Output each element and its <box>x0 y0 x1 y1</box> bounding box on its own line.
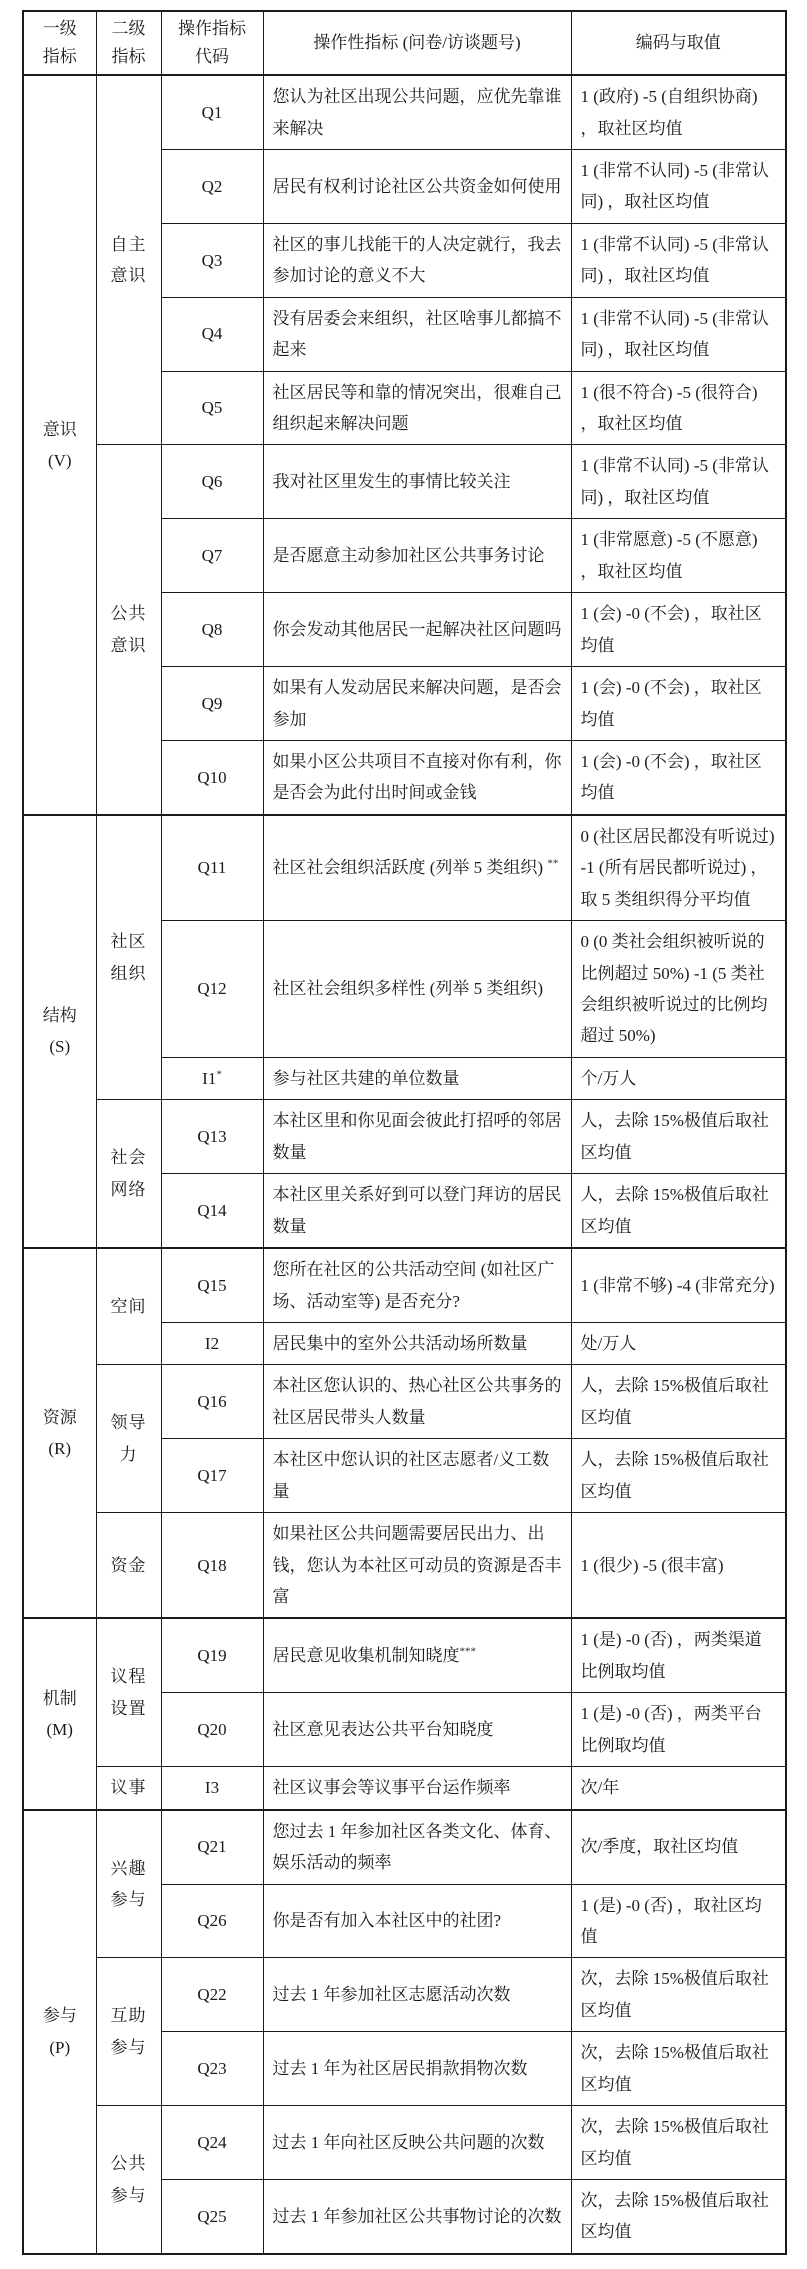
code-cell: Q20 <box>161 1693 263 1767</box>
question-text: 本社区您认识的、热心社区公共事务的社区居民带头人数量 <box>273 1376 562 1426</box>
question-cell: 本社区您认识的、热心社区公共事务的社区居民带头人数量 <box>263 1365 571 1439</box>
code-label: Q10 <box>197 768 226 787</box>
code-cell: Q9 <box>161 667 263 741</box>
coding-text: 1 (会) -0 (不会) ，取社区均值 <box>581 752 762 802</box>
level2-label: 资金 <box>111 1556 147 1575</box>
level1-title: 参与 <box>33 2000 87 2031</box>
coding-cell: 1 (是) -0 (否) ，两类渠道比例取均值 <box>571 1618 786 1692</box>
coding-cell: 1 (很少) -5 (很丰富) <box>571 1513 786 1619</box>
table-row: 资源(R)空间Q15您所在社区的公共活动空间 (如社区广场、活动室等) 是否充分… <box>23 1248 786 1322</box>
code-cell: Q12 <box>161 921 263 1058</box>
coding-text: 1 (会) -0 (不会) ，取社区均值 <box>581 678 762 728</box>
level1-cell: 机制(M) <box>23 1618 96 1809</box>
coding-cell: 1 (是) -0 (否) ，取社区均值 <box>571 1884 786 1958</box>
question-cell: 你是否有加入本社区中的社团? <box>263 1884 571 1958</box>
coding-text: 1 (很不符合) -5 (很符合) ，取社区均值 <box>581 383 758 433</box>
question-cell: 参与社区共建的单位数量 <box>263 1057 571 1099</box>
column-header-level1: 一级 指标 <box>23 11 96 75</box>
question-cell: 过去 1 年参加社区志愿活动次数 <box>263 1958 571 2032</box>
question-cell: 您认为社区出现公共问题，应优先靠谁来解决 <box>263 75 571 149</box>
level2-cell: 空间 <box>96 1248 161 1365</box>
code-label: Q5 <box>202 398 223 417</box>
question-cell: 如果社区公共问题需要居民出力、出钱，您认为本社区可动员的资源是否丰富 <box>263 1513 571 1619</box>
question-text: 社区社会组织多样性 (列举 5 类组织) <box>273 979 544 998</box>
coding-text: 0 (社区居民都没有听说过) -1 (所有居民都听说过) ，取 5 类组织得分平… <box>581 827 775 909</box>
code-label: Q3 <box>202 251 223 270</box>
question-text: 如果小区公共项目不直接对你有利，你是否会为此付出时间或金钱 <box>273 752 562 802</box>
code-cell: Q26 <box>161 1884 263 1958</box>
level2-cell: 公共意识 <box>96 445 161 815</box>
question-text: 您认为社区出现公共问题，应优先靠谁来解决 <box>273 87 562 137</box>
coding-text: 次，去除 15%极值后取社区均值 <box>581 1969 769 2019</box>
coding-text: 次/季度，取社区均值 <box>581 1837 739 1856</box>
coding-text: 1 (是) -0 (否) ，两类渠道比例取均值 <box>581 1630 762 1680</box>
table-row: 社会网络Q13本社区里和你见面会彼此打招呼的邻居数量人，去除 15%极值后取社区… <box>23 1100 786 1174</box>
coding-text: 1 (会) -0 (不会) ，取社区均值 <box>581 604 762 654</box>
document-page: 一级 指标 二级 指标 操作指标 代码 操作性指标 (问卷/访谈题号) 编码与取… <box>0 0 807 2269</box>
code-label: Q2 <box>202 177 223 196</box>
table-row: 公共参与Q24过去 1 年向社区反映公共问题的次数次，去除 15%极值后取社区均… <box>23 2106 786 2180</box>
coding-cell: 1 (很不符合) -5 (很符合) ，取社区均值 <box>571 371 786 445</box>
code-cell: Q7 <box>161 519 263 593</box>
question-text: 你是否有加入本社区中的社团? <box>273 1911 502 1930</box>
column-header-coding: 编码与取值 <box>571 11 786 75</box>
code-label: Q8 <box>202 620 223 639</box>
question-text: 过去 1 年为社区居民捐款捐物次数 <box>273 2059 528 2078</box>
code-label: Q4 <box>202 324 223 343</box>
table-header: 一级 指标 二级 指标 操作指标 代码 操作性指标 (问卷/访谈题号) 编码与取… <box>23 11 786 75</box>
question-text: 过去 1 年参加社区志愿活动次数 <box>273 1985 511 2004</box>
question-text: 没有居委会来组织，社区啥事儿都搞不起来 <box>273 309 562 359</box>
level2-label: 自主意识 <box>111 235 147 285</box>
level2-label: 公共参与 <box>111 2154 147 2204</box>
coding-text: 人，去除 15%极值后取社区均值 <box>581 1450 769 1500</box>
question-cell: 社区议事会等议事平台运作频率 <box>263 1767 571 1810</box>
header-row: 一级 指标 二级 指标 操作指标 代码 操作性指标 (问卷/访谈题号) 编码与取… <box>23 11 786 75</box>
question-cell: 过去 1 年向社区反映公共问题的次数 <box>263 2106 571 2180</box>
level2-label: 兴趣参与 <box>111 1859 147 1909</box>
question-cell: 本社区里和你见面会彼此打招呼的邻居数量 <box>263 1100 571 1174</box>
question-text: 社区的事儿找能干的人决定就行，我去参加讨论的意义不大 <box>273 235 562 285</box>
code-cell: Q15 <box>161 1248 263 1322</box>
coding-cell: 1 (非常不认同) -5 (非常认同) ，取社区均值 <box>571 149 786 223</box>
question-cell: 没有居委会来组织，社区啥事儿都搞不起来 <box>263 297 571 371</box>
level2-cell: 议事 <box>96 1767 161 1810</box>
code-label: Q12 <box>197 979 226 998</box>
level2-label: 议事 <box>111 1778 147 1797</box>
question-cell: 我对社区里发生的事情比较关注 <box>263 445 571 519</box>
coding-cell: 1 (政府) -5 (自组织协商) ，取社区均值 <box>571 75 786 149</box>
level1-code: (V) <box>33 445 87 476</box>
question-text: 居民意见收集机制知晓度 <box>273 1646 460 1665</box>
question-text: 居民集中的室外公共活动场所数量 <box>273 1334 528 1353</box>
level2-label: 公共意识 <box>111 604 147 654</box>
question-text: 居民有权利讨论社区公共资金如何使用 <box>273 177 562 196</box>
question-text: 社区居民等和靠的情况突出，很难自己组织起来解决问题 <box>273 383 562 433</box>
column-header-question: 操作性指标 (问卷/访谈题号) <box>263 11 571 75</box>
level1-title: 机制 <box>33 1683 87 1714</box>
code-label: Q7 <box>202 546 223 565</box>
level1-title: 资源 <box>33 1402 87 1433</box>
coding-text: 1 (非常不认同) -5 (非常认同) ，取社区均值 <box>581 456 769 506</box>
coding-text: 1 (很少) -5 (很丰富) <box>581 1556 724 1575</box>
coding-text: 1 (是) -0 (否) ，取社区均值 <box>581 1896 762 1946</box>
code-label: Q9 <box>202 694 223 713</box>
code-label: Q6 <box>202 472 223 491</box>
coding-cell: 次，去除 15%极值后取社区均值 <box>571 2180 786 2254</box>
level2-label: 领导力 <box>111 1413 147 1463</box>
code-label: Q21 <box>197 1837 226 1856</box>
level1-code: (R) <box>33 1433 87 1464</box>
coding-cell: 人，去除 15%极值后取社区均值 <box>571 1100 786 1174</box>
coding-cell: 0 (0 类社会组织被听说的比例超过 50%) -1 (5 类社会组织被听说过的… <box>571 921 786 1058</box>
code-label: Q15 <box>197 1276 226 1295</box>
coding-cell: 次，去除 15%极值后取社区均值 <box>571 1958 786 2032</box>
coding-text: 次，去除 15%极值后取社区均值 <box>581 2191 769 2241</box>
level1-cell: 结构(S) <box>23 815 96 1248</box>
code-label: Q11 <box>198 858 227 877</box>
question-cell: 过去 1 年为社区居民捐款捐物次数 <box>263 2032 571 2106</box>
code-label: I2 <box>205 1334 219 1353</box>
coding-cell: 人，去除 15%极值后取社区均值 <box>571 1439 786 1513</box>
code-label: Q17 <box>197 1466 226 1485</box>
table-row: 结构(S)社区组织Q11社区社会组织活跃度 (列举 5 类组织) **0 (社区… <box>23 815 786 921</box>
level2-cell: 社区组织 <box>96 815 161 1100</box>
coding-cell: 处/万人 <box>571 1322 786 1364</box>
question-cell: 是否愿意主动参加社区公共事务讨论 <box>263 519 571 593</box>
question-text: 如果有人发动居民来解决问题，是否会参加 <box>273 678 562 728</box>
question-cell: 本社区中您认识的社区志愿者/义工数量 <box>263 1439 571 1513</box>
code-cell: Q2 <box>161 149 263 223</box>
question-text: 您所在社区的公共活动空间 (如社区广场、活动室等) 是否充分? <box>273 1260 555 1310</box>
level2-label: 社会网络 <box>111 1148 147 1198</box>
coding-cell: 次/季度，取社区均值 <box>571 1810 786 1884</box>
coding-cell: 0 (社区居民都没有听说过) -1 (所有居民都听说过) ，取 5 类组织得分平… <box>571 815 786 921</box>
level2-cell: 社会网络 <box>96 1100 161 1248</box>
code-cell: Q21 <box>161 1810 263 1884</box>
coding-cell: 次，去除 15%极值后取社区均值 <box>571 2032 786 2106</box>
level2-cell: 互助参与 <box>96 1958 161 2106</box>
coding-text: 人，去除 15%极值后取社区均值 <box>581 1185 769 1235</box>
level2-cell: 兴趣参与 <box>96 1810 161 1958</box>
question-cell: 社区居民等和靠的情况突出，很难自己组织起来解决问题 <box>263 371 571 445</box>
coding-text: 处/万人 <box>581 1334 637 1353</box>
code-cell: Q1 <box>161 75 263 149</box>
question-cell: 您所在社区的公共活动空间 (如社区广场、活动室等) 是否充分? <box>263 1248 571 1322</box>
code-cell: Q25 <box>161 2180 263 2254</box>
indicator-table: 一级 指标 二级 指标 操作指标 代码 操作性指标 (问卷/访谈题号) 编码与取… <box>22 10 787 2255</box>
question-cell: 过去 1 年参加社区公共事物讨论的次数 <box>263 2180 571 2254</box>
coding-cell: 次，去除 15%极值后取社区均值 <box>571 2106 786 2180</box>
question-text: 如果社区公共问题需要居民出力、出钱，您认为本社区可动员的资源是否丰富 <box>273 1524 562 1606</box>
level2-cell: 公共参与 <box>96 2106 161 2254</box>
question-text: 是否愿意主动参加社区公共事务讨论 <box>273 546 545 565</box>
question-cell: 如果有人发动居民来解决问题，是否会参加 <box>263 667 571 741</box>
coding-cell: 1 (会) -0 (不会) ，取社区均值 <box>571 593 786 667</box>
code-cell: Q17 <box>161 1439 263 1513</box>
code-cell: Q13 <box>161 1100 263 1174</box>
code-cell: Q14 <box>161 1174 263 1248</box>
table-row: 参与(P)兴趣参与Q21您过去 1 年参加社区各类文化、体育、娱乐活动的频率次/… <box>23 1810 786 1884</box>
level2-cell: 议程设置 <box>96 1618 161 1766</box>
coding-cell: 1 (会) -0 (不会) ，取社区均值 <box>571 667 786 741</box>
question-text: 本社区里关系好到可以登门拜访的居民数量 <box>273 1185 562 1235</box>
code-cell: Q11 <box>161 815 263 921</box>
coding-cell: 1 (非常不认同) -5 (非常认同) ，取社区均值 <box>571 445 786 519</box>
question-cell: 社区的事儿找能干的人决定就行，我去参加讨论的意义不大 <box>263 223 571 297</box>
column-header-code: 操作指标 代码 <box>161 11 263 75</box>
question-cell: 本社区里关系好到可以登门拜访的居民数量 <box>263 1174 571 1248</box>
code-cell: Q5 <box>161 371 263 445</box>
code-cell: Q10 <box>161 740 263 814</box>
coding-cell: 1 (是) -0 (否) ，两类平台比例取均值 <box>571 1693 786 1767</box>
coding-text: 次，去除 15%极值后取社区均值 <box>581 2043 769 2093</box>
question-cell: 社区社会组织多样性 (列举 5 类组织) <box>263 921 571 1058</box>
code-label: Q23 <box>197 2059 226 2078</box>
level1-code: (P) <box>33 2032 87 2063</box>
code-label: Q16 <box>197 1392 226 1411</box>
level2-cell: 自主意识 <box>96 75 161 445</box>
question-cell: 您过去 1 年参加社区各类文化、体育、娱乐活动的频率 <box>263 1810 571 1884</box>
table-body: 意识(V)自主意识Q1您认为社区出现公共问题，应优先靠谁来解决1 (政府) -5… <box>23 75 786 2254</box>
question-cell: 居民有权利讨论社区公共资金如何使用 <box>263 149 571 223</box>
code-cell: Q6 <box>161 445 263 519</box>
question-cell: 社区意见表达公共平台知晓度 <box>263 1693 571 1767</box>
code-label: Q20 <box>197 1720 226 1739</box>
code-cell: I2 <box>161 1322 263 1364</box>
coding-text: 人，去除 15%极值后取社区均值 <box>581 1376 769 1426</box>
table-row: 互助参与Q22过去 1 年参加社区志愿活动次数次，去除 15%极值后取社区均值 <box>23 1958 786 2032</box>
coding-text: 1 (政府) -5 (自组织协商) ，取社区均值 <box>581 87 758 137</box>
coding-cell: 1 (会) -0 (不会) ，取社区均值 <box>571 740 786 814</box>
level1-cell: 参与(P) <box>23 1810 96 2254</box>
code-cell: I1* <box>161 1057 263 1099</box>
code-label: Q18 <box>197 1556 226 1575</box>
question-cell: 居民集中的室外公共活动场所数量 <box>263 1322 571 1364</box>
code-cell: Q23 <box>161 2032 263 2106</box>
question-superscript: ** <box>547 858 558 870</box>
coding-text: 次/年 <box>581 1778 620 1797</box>
column-header-level2: 二级 指标 <box>96 11 161 75</box>
code-label: Q19 <box>197 1646 226 1665</box>
code-label: Q26 <box>197 1911 226 1930</box>
level1-title: 结构 <box>33 1000 87 1031</box>
coding-cell: 1 (非常不认同) -5 (非常认同) ，取社区均值 <box>571 297 786 371</box>
code-cell: Q19 <box>161 1618 263 1692</box>
level2-cell: 领导力 <box>96 1365 161 1513</box>
question-cell: 居民意见收集机制知晓度*** <box>263 1618 571 1692</box>
coding-text: 1 (非常愿意) -5 (不愿意) ，取社区均值 <box>581 530 758 580</box>
level2-cell: 资金 <box>96 1513 161 1619</box>
table-row: 议事I3社区议事会等议事平台运作频率次/年 <box>23 1767 786 1810</box>
level2-label: 社区组织 <box>111 932 147 982</box>
question-text: 您过去 1 年参加社区各类文化、体育、娱乐活动的频率 <box>273 1822 562 1872</box>
coding-text: 1 (非常不够) -4 (非常充分) <box>581 1276 775 1295</box>
coding-cell: 1 (非常愿意) -5 (不愿意) ，取社区均值 <box>571 519 786 593</box>
code-cell: Q18 <box>161 1513 263 1619</box>
question-cell: 你会发动其他居民一起解决社区问题吗 <box>263 593 571 667</box>
code-label: Q14 <box>197 1201 226 1220</box>
question-text: 我对社区里发生的事情比较关注 <box>273 472 511 491</box>
coding-cell: 次/年 <box>571 1767 786 1810</box>
question-cell: 社区社会组织活跃度 (列举 5 类组织) ** <box>263 815 571 921</box>
code-label: Q24 <box>197 2133 226 2152</box>
level2-label: 互助参与 <box>111 2006 147 2056</box>
question-cell: 如果小区公共项目不直接对你有利，你是否会为此付出时间或金钱 <box>263 740 571 814</box>
question-text: 过去 1 年向社区反映公共问题的次数 <box>273 2133 545 2152</box>
code-cell: Q24 <box>161 2106 263 2180</box>
question-text: 参与社区共建的单位数量 <box>273 1069 460 1088</box>
question-text: 本社区里和你见面会彼此打招呼的邻居数量 <box>273 1111 562 1161</box>
coding-text: 1 (非常不认同) -5 (非常认同) ，取社区均值 <box>581 309 769 359</box>
coding-cell: 个/万人 <box>571 1057 786 1099</box>
code-cell: Q4 <box>161 297 263 371</box>
code-label: Q25 <box>197 2207 226 2226</box>
table-row: 机制(M)议程设置Q19居民意见收集机制知晓度***1 (是) -0 (否) ，… <box>23 1618 786 1692</box>
coding-cell: 1 (非常不认同) -5 (非常认同) ，取社区均值 <box>571 223 786 297</box>
code-label: I1 <box>202 1069 216 1088</box>
table-row: 公共意识Q6我对社区里发生的事情比较关注1 (非常不认同) -5 (非常认同) … <box>23 445 786 519</box>
coding-text: 次，去除 15%极值后取社区均值 <box>581 2117 769 2167</box>
code-cell: Q16 <box>161 1365 263 1439</box>
coding-text: 1 (非常不认同) -5 (非常认同) ，取社区均值 <box>581 235 769 285</box>
coding-text: 个/万人 <box>581 1069 637 1088</box>
code-label: Q13 <box>197 1127 226 1146</box>
level2-label: 空间 <box>111 1297 147 1316</box>
level1-code: (S) <box>33 1031 87 1062</box>
coding-text: 0 (0 类社会组织被听说的比例超过 50%) -1 (5 类社会组织被听说过的… <box>581 932 768 1045</box>
coding-cell: 1 (非常不够) -4 (非常充分) <box>571 1248 786 1322</box>
code-cell: Q8 <box>161 593 263 667</box>
coding-cell: 人，去除 15%极值后取社区均值 <box>571 1365 786 1439</box>
coding-text: 人，去除 15%极值后取社区均值 <box>581 1111 769 1161</box>
table-row: 意识(V)自主意识Q1您认为社区出现公共问题，应优先靠谁来解决1 (政府) -5… <box>23 75 786 149</box>
code-label: Q22 <box>197 1985 226 2004</box>
level1-cell: 意识(V) <box>23 75 96 815</box>
level1-title: 意识 <box>33 414 87 445</box>
level1-cell: 资源(R) <box>23 1248 96 1618</box>
question-text: 社区意见表达公共平台知晓度 <box>273 1720 494 1739</box>
level2-label: 议程设置 <box>111 1667 147 1717</box>
question-text: 社区社会组织活跃度 (列举 5 类组织) <box>273 858 548 877</box>
code-cell: Q22 <box>161 1958 263 2032</box>
code-label: I3 <box>205 1778 219 1797</box>
table-row: 资金Q18如果社区公共问题需要居民出力、出钱，您认为本社区可动员的资源是否丰富1… <box>23 1513 786 1619</box>
table-row: 领导力Q16本社区您认识的、热心社区公共事务的社区居民带头人数量人，去除 15%… <box>23 1365 786 1439</box>
question-text: 你会发动其他居民一起解决社区问题吗 <box>273 620 562 639</box>
code-label: Q1 <box>202 103 223 122</box>
question-text: 过去 1 年参加社区公共事物讨论的次数 <box>273 2207 562 2226</box>
code-cell: Q3 <box>161 223 263 297</box>
question-text: 社区议事会等议事平台运作频率 <box>273 1778 511 1797</box>
coding-text: 1 (是) -0 (否) ，两类平台比例取均值 <box>581 1704 762 1754</box>
code-cell: I3 <box>161 1767 263 1810</box>
coding-text: 1 (非常不认同) -5 (非常认同) ，取社区均值 <box>581 161 769 211</box>
question-text: 本社区中您认识的社区志愿者/义工数量 <box>273 1450 550 1500</box>
level1-code: (M) <box>33 1714 87 1745</box>
question-superscript: *** <box>460 1646 477 1658</box>
code-superscript: * <box>216 1068 222 1080</box>
coding-cell: 人，去除 15%极值后取社区均值 <box>571 1174 786 1248</box>
